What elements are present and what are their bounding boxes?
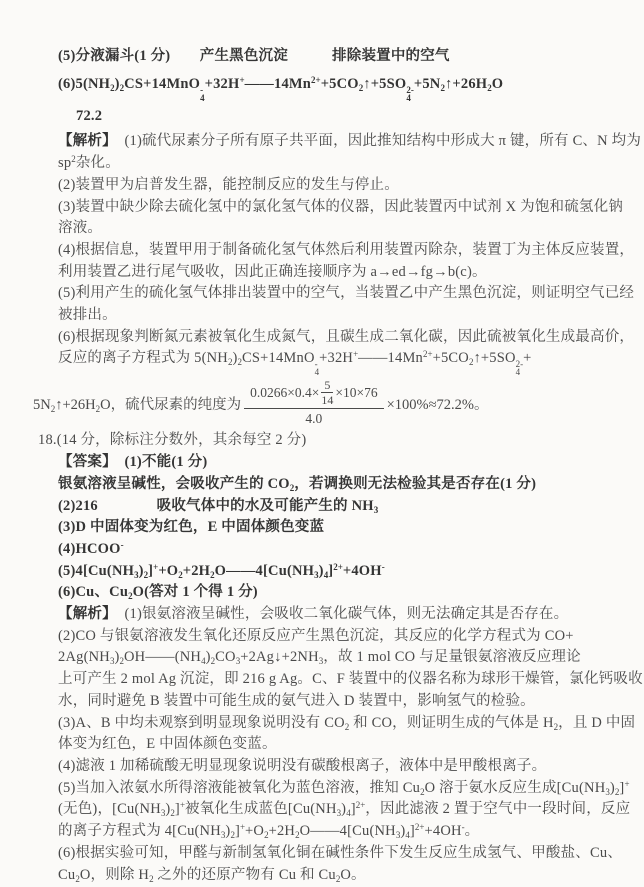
stacked-sub-sup: -4 [200, 86, 205, 102]
analysis-q17-2: (2)装置甲为启普发生器，能控制反应的发生与停止。 [0, 175, 644, 197]
superscript: 2 [71, 154, 76, 164]
analysis-q18-1: 【解析】 (1)银氨溶液呈碱性，会吸收二氧化碳气体，则无法确定其是否存在。 [0, 604, 644, 626]
subscript: 4 [324, 570, 329, 580]
superscript: + [239, 75, 244, 85]
subscript: 2 [128, 591, 133, 601]
subscript: 3 [337, 808, 342, 818]
analysis-q17-5-cont: 被排出。 [0, 305, 644, 327]
subscript: 2 [290, 483, 295, 493]
purity-fraction: 0.0266×0.4×514×10×764.0 [244, 379, 383, 427]
analysis-q18-3: (3)A、B 中均未观察到明显现象说明没有 CO2 和 CO，则证明生成的气体是… [0, 713, 644, 735]
subscript: 2 [110, 83, 115, 93]
analysis-q17-1: 【解析】 (1)硫代尿素分子所有原子共平面，因此推知结构中形成大 π 键，所有 … [0, 131, 644, 153]
superscript: + [153, 562, 158, 572]
subscript: 2 [178, 570, 183, 580]
analysis-q17-4: (4)根据信息，装置甲用于制备硫化氢气体然后利用装置丙除杂，装置丁为主体反应装置… [0, 240, 644, 262]
answer-q18-1-cont: 银氨溶液呈碱性，会吸收产生的 CO2，若调换则无法检验其是否存在(1 分) [0, 474, 644, 496]
subscript: 2 [345, 722, 350, 732]
question-18-header: 18.(14 分，除标注分数外，其余每空 2 分) [0, 430, 644, 452]
subscript: 2 [210, 570, 215, 580]
analysis-q18-4: (4)滤液 1 加稀硫酸无明显现象说明没有碳酸根离子，液体中是甲酸根离子。 [0, 756, 644, 778]
subscript: 3 [314, 570, 319, 580]
subscript: 2 [237, 357, 242, 367]
analysis-q18-5-cont1: (无色)，[Cu(NH3)2]+被氧化生成蓝色[Cu(NH3)4]2+，因此滤液… [0, 799, 644, 821]
subscript: 2 [336, 874, 341, 884]
subscript: 3 [236, 656, 241, 666]
superscript: + [240, 822, 245, 832]
subscript: 2 [149, 874, 154, 884]
subscript: 3 [605, 787, 610, 797]
analysis-q17-3-cont: 溶液。 [0, 218, 644, 240]
analysis-q18-5-cont2: 的离子方程式为 4[Cu(NH3)2]++O2+2H2O——4[Cu(NH3)4… [0, 821, 644, 843]
subscript: 3 [161, 808, 166, 818]
superscript: 2+ [415, 822, 425, 832]
answer-q17-6-purity: 72.2 [0, 106, 644, 128]
bold-label: 【解析】 [58, 133, 117, 149]
stacked-sub-sup: -4 [315, 360, 320, 376]
answer-q18-5-equation: (5)4[Cu(NH3)2]++O2+2H2O——4[Cu(NH3)4]2++4… [0, 561, 644, 583]
subscript: 4 [405, 830, 410, 840]
analysis-q18-5: (5)当加入浓氨水所得溶液能被氧化为蓝色溶液，推知 Cu2O 溶于氨水反应生成[… [0, 778, 644, 800]
bold-label: 【解析】 [58, 606, 117, 622]
analysis-q17-6-equation: 反应的离子方程式为 5(NH2)2CS+14MnO-4+32H+——14Mn2+… [0, 348, 644, 376]
analysis-q17-5: (5)利用产生的硫化氢气体排出装置中的空气，当装置乙中产生黑色沉淀，则证明空气已… [0, 283, 644, 305]
subscript: 2 [230, 830, 235, 840]
answer-q18-6: (6)Cu、Cu2O(答对 1 个得 1 分) [0, 582, 644, 604]
analysis-q17-3: (3)装置中缺少除去硫化氢中的氯化氢气体的仪器，因此装置丙中试剂 X 为饱和硫氢… [0, 197, 644, 219]
analysis-q18-6: (6)根据实验可知，甲醛与新制氢氧化铜在碱性条件下发生反应生成氢气、甲酸盐、Cu… [0, 843, 644, 865]
subscript: 2 [440, 83, 445, 93]
subscript: 4 [346, 808, 351, 818]
superscript: + [624, 779, 629, 789]
subscript: 3 [221, 830, 226, 840]
subscript: 2 [264, 830, 269, 840]
analysis-q17-6: (6)根据现象判断氮元素被氧化生成氮气，且碳生成二氧化碳，因此硫被氧化生成最高价… [0, 327, 644, 349]
fraction-denominator: 4.0 [244, 408, 383, 427]
analysis-q18-2-cont2: 上可产生 2 mol Ag 沉淀，即 216 g Ag。C、F 装置中的仪器名称… [0, 669, 644, 691]
analysis-q18-2-cont1: 2Ag(NH3)2OH——(NH4)2CO3+2Ag↓+2NH3，故 1 mol… [0, 647, 644, 669]
superscript: 2+ [356, 800, 366, 810]
subscript: 3 [134, 570, 139, 580]
fraction-line-prefix: 5N2↑+26H2O，硫代尿素的纯度为 [33, 393, 241, 414]
stacked-sub-sup: 2-4 [406, 86, 414, 102]
answer-q18-2: (2)216 吸收气体中的水及可能产生的 NH3 [0, 496, 644, 518]
answer-key-text-block: (5)分液漏斗(1 分) 产生黑色沉淀 排除装置中的空气(6)5(NH2)2CS… [0, 46, 644, 886]
superscript: - [462, 822, 465, 832]
answer-q18-1: 【答案】 (1)不能(1 分) [0, 452, 644, 474]
subscript: 2 [75, 874, 80, 884]
subscript: 2 [554, 722, 559, 732]
answer-q17-5: (5)分液漏斗(1 分) 产生黑色沉淀 排除装置中的空气 [0, 46, 644, 68]
subscript: 2 [295, 830, 300, 840]
subscript: 2 [144, 570, 149, 580]
inner-fraction: 514 [321, 379, 333, 406]
subscript: 2 [487, 83, 492, 93]
subscript: 2 [120, 83, 125, 93]
subscript: 3 [110, 656, 115, 666]
answer-q18-3: (3)D 中固体变为红色，E 中固体颜色变蓝 [0, 517, 644, 539]
subscript: 2 [119, 656, 124, 666]
subscript: 2 [228, 357, 233, 367]
subscript: 4 [201, 656, 206, 666]
scanned-document-page: (5)分液漏斗(1 分) 产生黑色沉淀 排除装置中的空气(6)5(NH2)2CS… [0, 0, 644, 887]
subscript: 2 [615, 787, 620, 797]
subscript: 2 [359, 83, 364, 93]
superscript: + [353, 349, 358, 359]
subscript: 2 [211, 656, 216, 666]
answer-q17-6-equation: (6)5(NH2)2CS+14MnO-4+32H+——14Mn2++5CO2↑+… [0, 74, 644, 102]
subscript: 2 [51, 404, 56, 414]
analysis-q17-6-purity: 5N2↑+26H2O，硫代尿素的纯度为0.0266×0.4×514×10×764… [0, 376, 644, 430]
fraction-line-suffix: ×100%≈72.2%。 [387, 393, 489, 414]
subscript: 2 [170, 808, 175, 818]
fraction-numerator: 0.0266×0.4×514×10×76 [244, 379, 383, 408]
superscript: 2+ [311, 75, 321, 85]
superscript: 2+ [333, 562, 343, 572]
stacked-sub-sup: 2-4 [516, 360, 524, 376]
subscript: 3 [374, 505, 379, 515]
analysis-q18-3-cont: 体变为红色，E 中固体颜色变蓝。 [0, 734, 644, 756]
superscript: + [180, 800, 185, 810]
subscript: 3 [319, 656, 324, 666]
superscript: - [382, 562, 385, 572]
analysis-q18-2-cont3: 水，同时避免 B 装置中可能生成的氨气进入 D 装置中，影响氢气的检验。 [0, 691, 644, 713]
analysis-q18-2: (2)CO 与银氨溶液发生氧化还原反应产生黑色沉淀，其反应的化学方程式为 CO+ [0, 626, 644, 648]
subscript: 3 [396, 830, 401, 840]
analysis-q17-4-cont: 利用装置乙进行尾气吸收，因此正确连接顺序为 a→ed→fg→b(c)。 [0, 262, 644, 284]
subscript: 2 [469, 357, 474, 367]
superscript: - [121, 540, 124, 550]
analysis-q18-6-cont: Cu2O，则除 H2 之外的还原产物有 Cu 和 Cu2O。 [0, 865, 644, 887]
superscript: 2+ [423, 349, 433, 359]
subscript: 2 [96, 404, 101, 414]
analysis-q17-1-cont: sp2杂化。 [0, 153, 644, 175]
subscript: 2 [420, 787, 425, 797]
answer-q18-4: (4)HCOO- [0, 539, 644, 561]
